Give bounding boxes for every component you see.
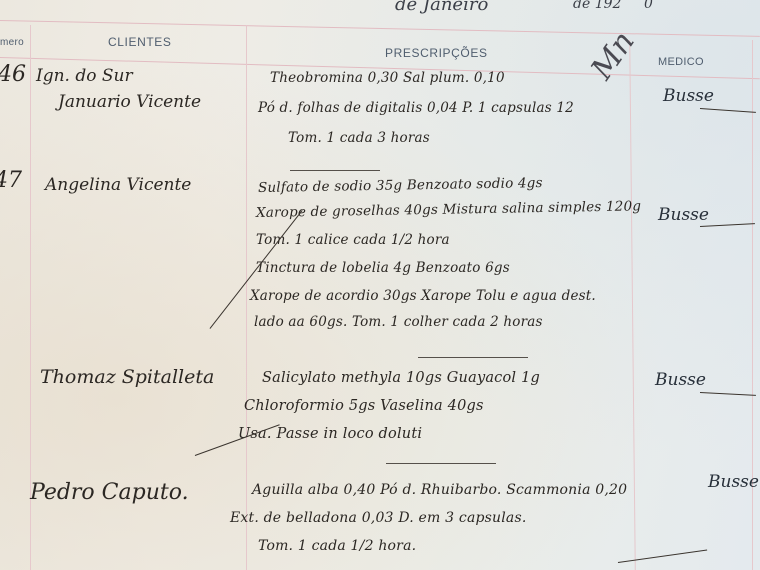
- client-name-line: Pedro Caputo.: [30, 480, 189, 505]
- client-name-line: Ign. do Sur: [36, 66, 133, 86]
- prescription-line: Xarope de groselhas 40gs Mistura salina …: [256, 198, 641, 221]
- header-year-digit: 0: [644, 0, 653, 12]
- header-year-label: de 192: [573, 0, 621, 12]
- prescription-line: Tom. 1 calice cada 1/2 hora: [256, 232, 450, 248]
- ledger-page: de Janeiro de 192 0 mero CLIENTES PRESCR…: [0, 0, 760, 570]
- prescription-line: Sulfato de sodio 35g Benzoato sodio 4gs: [258, 175, 543, 196]
- client-name-line: Januario Vicente: [58, 92, 201, 112]
- doctor-underline: [700, 108, 756, 113]
- entry-separator: [386, 463, 496, 464]
- entry-number: 47: [0, 168, 22, 193]
- header-month: de Janeiro: [395, 0, 488, 15]
- doctor-name: Busse: [663, 86, 714, 106]
- entry-separator: [418, 357, 528, 358]
- prescription-line: Pó d. folhas de digitalis 0,04 P. 1 caps…: [258, 100, 574, 116]
- prescription-line: Theobromina 0,30 Sal plum. 0,10: [270, 70, 505, 86]
- column-header-medico: MEDICO: [658, 56, 704, 68]
- doctor-name: Busse: [708, 472, 759, 492]
- prescription-line: Tom. 1 cada 3 horas: [288, 130, 430, 146]
- column-header-prescripcoes: PRESCRIPÇÕES: [385, 46, 488, 60]
- prescription-line: Ext. de belladona 0,03 D. em 3 capsulas.: [230, 510, 527, 526]
- prescription-line: Xarope de acordio 30gs Xarope Tolu e agu…: [250, 288, 596, 304]
- column-header-numero: mero: [0, 37, 24, 48]
- prescription-line: Salicylato methyla 10gs Guayacol 1g: [262, 370, 540, 386]
- doctor-underline: [700, 392, 756, 396]
- doctor-name: Busse: [655, 370, 706, 390]
- trailing-stroke: [618, 549, 707, 563]
- col-divider-clientes: [246, 25, 247, 570]
- doctor-name: Busse: [658, 205, 709, 225]
- entry-separator: [290, 170, 380, 171]
- col-divider-medico: [629, 40, 636, 570]
- client-name-line: Angelina Vicente: [45, 175, 191, 195]
- prescription-line: lado aa 60gs. Tom. 1 colher cada 2 horas: [254, 314, 543, 330]
- prescription-line: Tom. 1 cada 1/2 hora.: [258, 538, 416, 554]
- column-header-clientes: CLIENTES: [108, 35, 171, 49]
- prescription-line: Aguilla alba 0,40 Pó d. Rhuibarbo. Scamm…: [252, 482, 627, 498]
- prescription-line: Tinctura de lobelia 4g Benzoato 6gs: [256, 260, 510, 276]
- client-name-line: Thomaz Spitalleta: [40, 366, 214, 388]
- prescription-line: Chloroformio 5gs Vaselina 40gs: [244, 398, 484, 414]
- entry-number: 46: [0, 62, 26, 87]
